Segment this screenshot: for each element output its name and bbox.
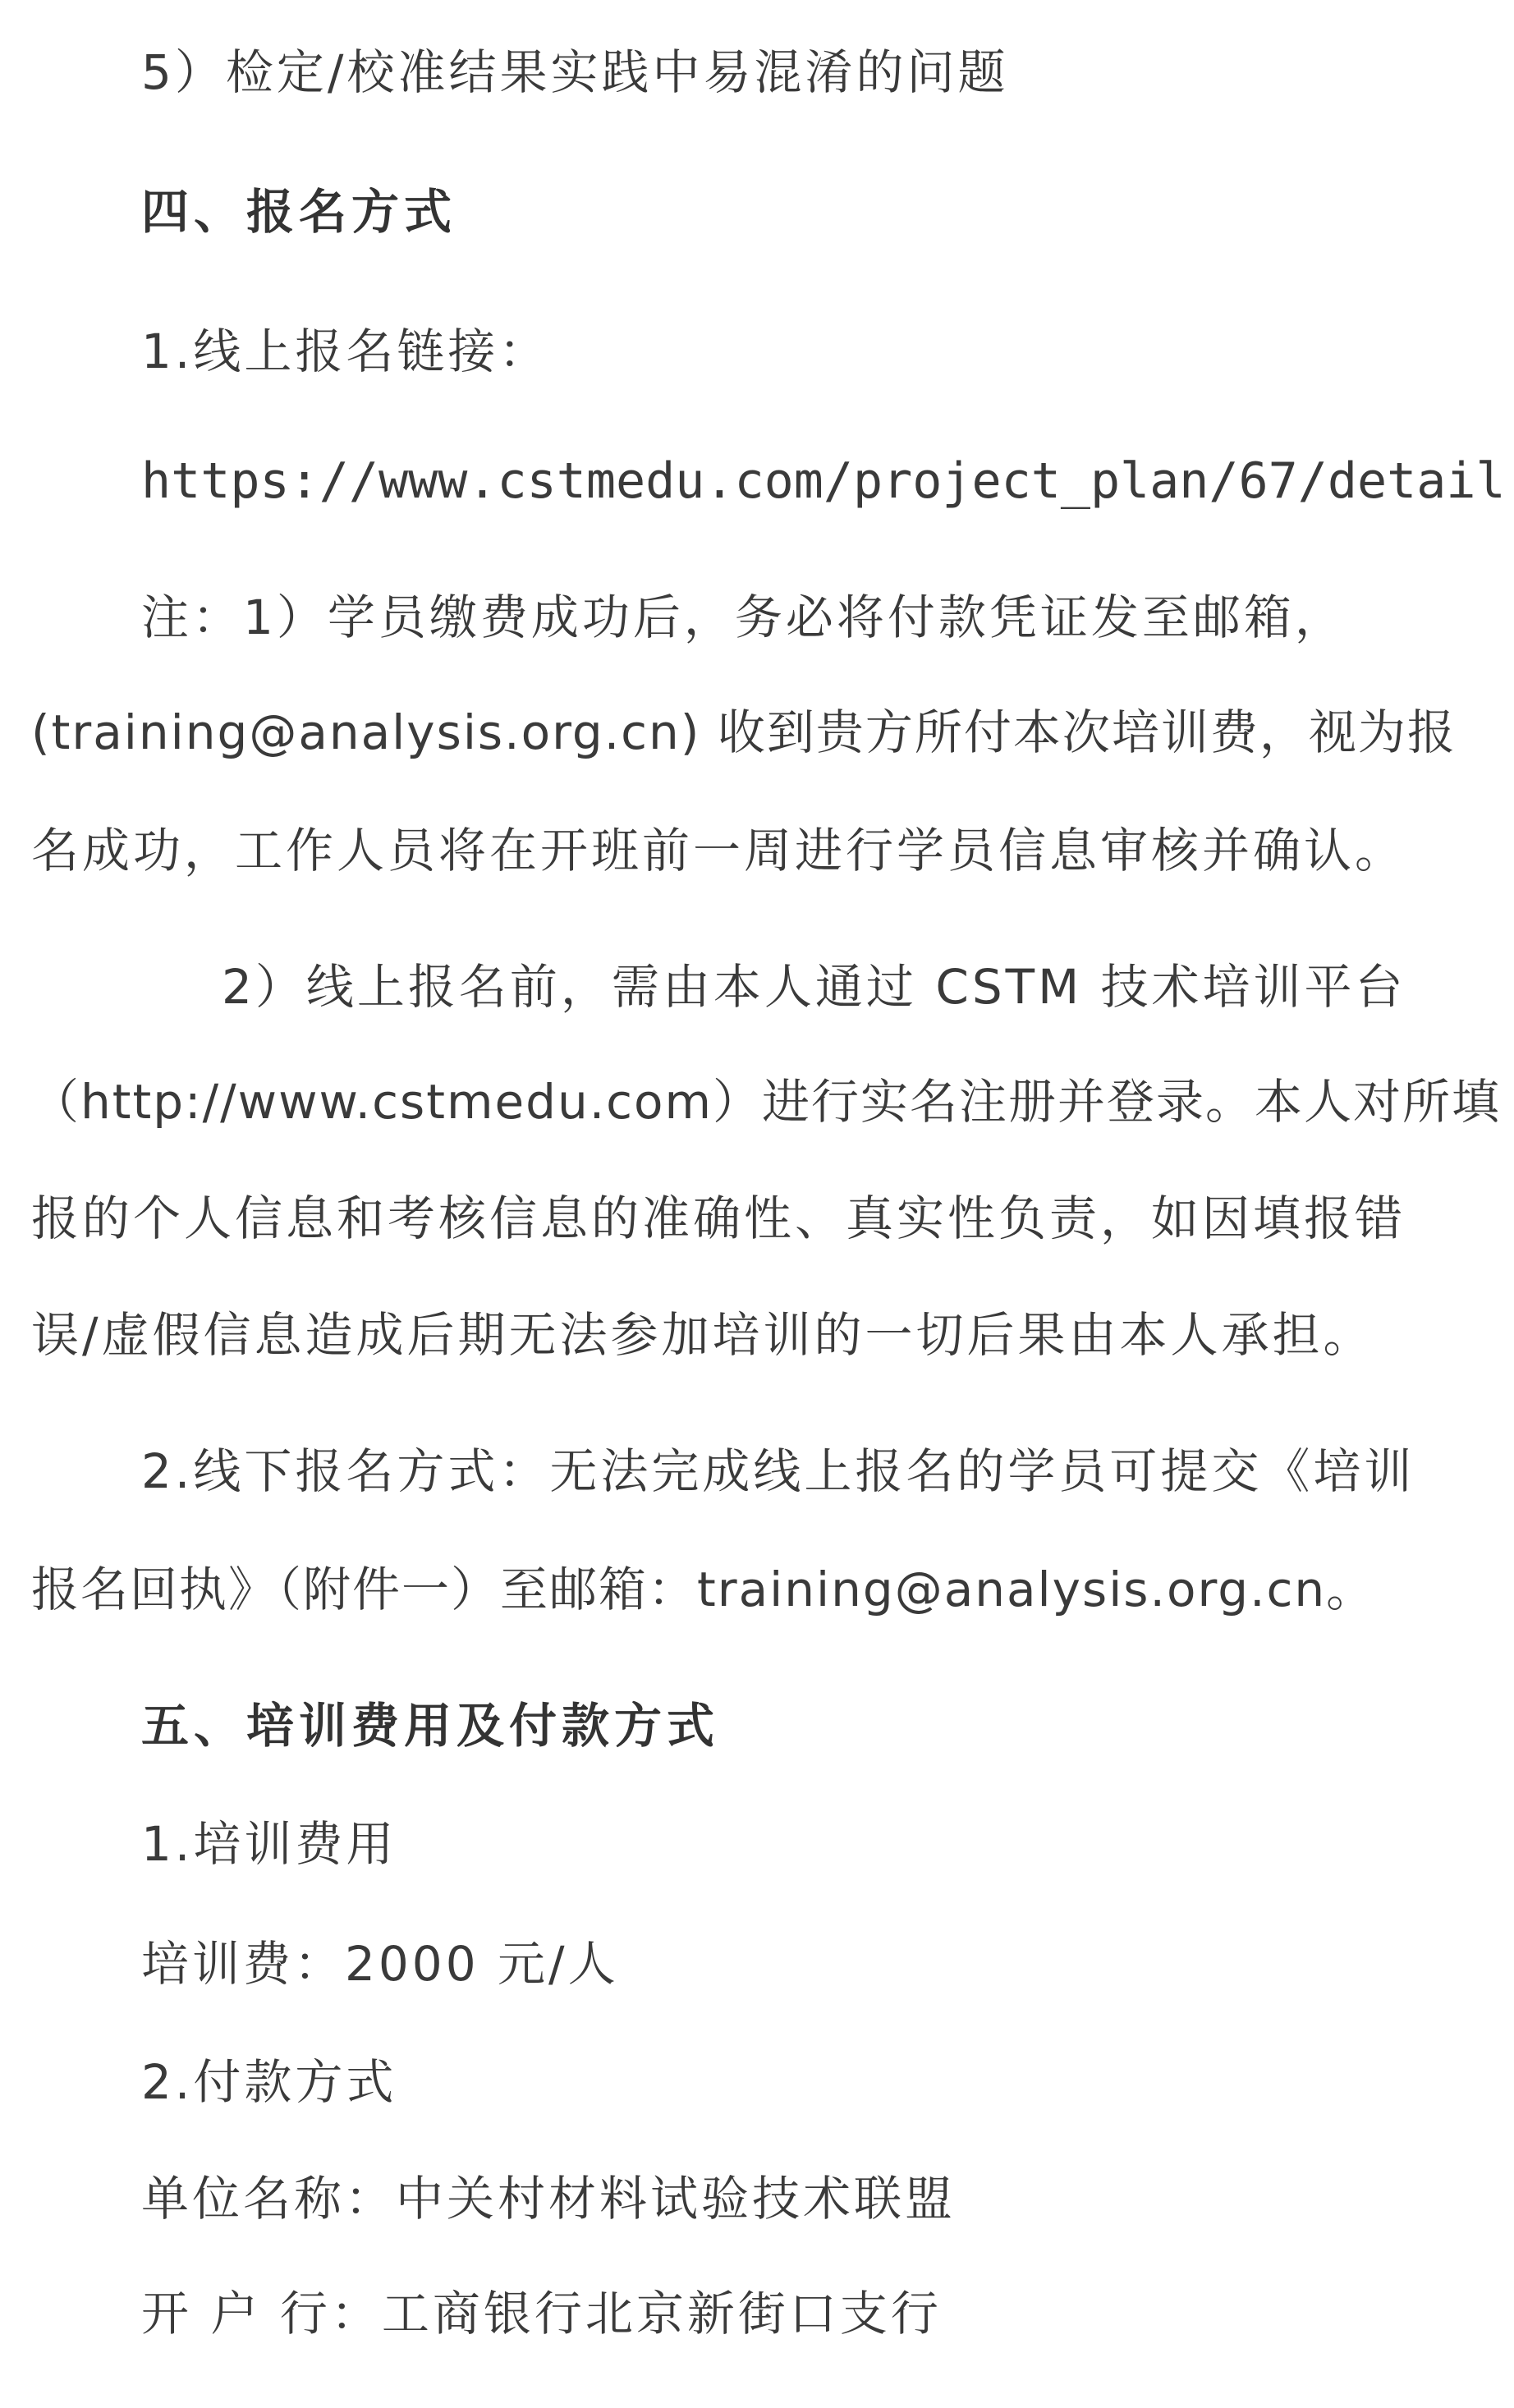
list-item-5: 5）检定/校准结果实践中易混淆的问题 — [141, 39, 1008, 105]
offline-signup-line-1: 2.线下报名方式：无法完成线上报名的学员可提交《培训 — [141, 1438, 1415, 1504]
note-2-line-3: 报的个人信息和考核信息的准确性、真实性负责，如因填报错 — [31, 1186, 1406, 1251]
bank-name: 开 户 行：工商银行北京新街口支行 — [141, 2281, 942, 2346]
note-1-line-1: 注：1）学员缴费成功后，务必将付款凭证发至邮箱， — [141, 585, 1346, 650]
note-1-line-3: 名成功，工作人员将在开班前一周进行学员信息审核并确认。 — [31, 818, 1406, 883]
note-2-line-2: （http://www.cstmedu.com）进行实名注册并登录。本人对所填 — [31, 1069, 1501, 1135]
note-2-line-1: 2）线上报名前，需由本人通过 CSTM 技术培训平台 — [222, 954, 1406, 1020]
payee-name: 单位名称：中关村材料试验技术联盟 — [141, 2166, 956, 2231]
online-signup-link[interactable]: https://www.cstmedu.com/project_plan/67/… — [141, 448, 1506, 514]
offline-signup-line-2: 报名回执》（附件一）至邮箱：training@analysis.org.cn。 — [31, 1557, 1375, 1622]
section-heading-registration: 四、报名方式 — [141, 179, 456, 245]
online-signup-url[interactable]: https://www.cstmedu.com/project_plan/67/… — [141, 452, 1506, 510]
section-heading-fees: 五、培训费用及付款方式 — [141, 1693, 719, 1759]
fee-value: 培训费：2000 元/人 — [141, 1931, 619, 1997]
note-2-line-4: 误/虚假信息造成后期无法参加培训的一切后果由本人承担。 — [31, 1302, 1374, 1368]
document-page: 5）检定/校准结果实践中易混淆的问题 四、报名方式 1.线上报名链接： http… — [0, 0, 1514, 2408]
note-1-line-2: (training@analysis.org.cn) 收到贵方所付本次培训费，视… — [31, 699, 1457, 765]
online-signup-label: 1.线上报名链接： — [141, 319, 549, 384]
fee-label: 1.培训费用 — [141, 1811, 397, 1877]
payment-method-label: 2.付款方式 — [141, 2049, 397, 2115]
